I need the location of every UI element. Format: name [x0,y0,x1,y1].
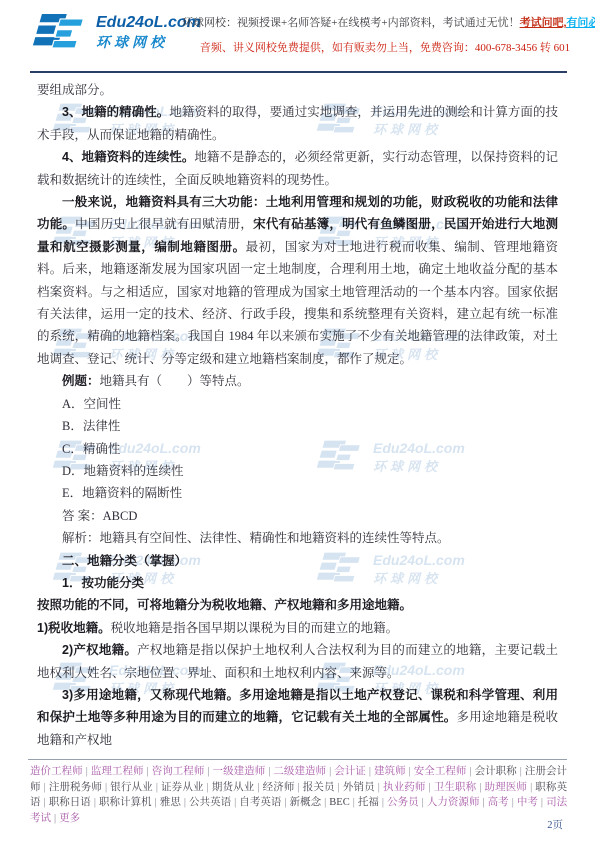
body-paragraph: 3、地籍的精确性。地籍资料的取得，要通过实地调查，并运用先进的测绘和计算方面的技… [37,101,558,146]
footer-link[interactable]: 职称计算机 [99,797,152,808]
header-promo: 环球网校：视频授课+名师答疑+在线模考+内部资料，考试通过无忧！考试问吧,有问必… [182,14,588,55]
footer-link[interactable]: 自考英语 [239,797,281,808]
footer-link[interactable]: 咨询工程师 [152,766,205,777]
body-paragraph: E．地籍资料的隔断性 [37,482,558,504]
footer-link-separator: | [422,797,424,808]
body-paragraph: 要组成部分。 [37,79,558,101]
body-paragraph: C．精确性 [37,438,558,460]
body-content: 要组成部分。3、地籍的精确性。地籍资料的取得，要通过实地调查，并运用先进的测绘和… [37,79,558,751]
exam-qa-link[interactable]: 考试问吧, [520,17,567,29]
header-promo-line1: 环球网校：视频授课+名师答疑+在线模考+内部资料，考试通过无忧！考试问吧,有问必… [182,14,588,30]
footer-link-separator: | [479,782,481,793]
footer-link-separator: | [541,797,543,808]
footer-link[interactable]: 期货从业 [212,782,255,793]
footer-link[interactable]: BEC [329,797,349,808]
footer-link-separator: | [429,782,431,793]
header-hotline-line: 音频、讲义网校免费提供，如有贩卖勿上当，免费咨询：400-678-3456 转 … [182,39,588,55]
footer-link-separator: | [147,766,149,777]
footer-link[interactable]: 新概念 [290,797,322,808]
footer-link-separator: | [338,782,340,793]
footer-link[interactable]: 卫生职称 [434,782,477,793]
footer-link-separator: | [378,782,380,793]
body-paragraph: 解析：地籍具有空间性、法律性、精确性和地籍资料的连续性等特点。 [37,527,558,549]
footer-link-separator: | [44,782,46,793]
footer-link[interactable]: 会计证 [334,766,366,777]
edu24ol-logo: Edu24oL.com 环球网校 [32,10,201,56]
body-paragraph: 4、地籍资料的连续性。地籍不是静态的，必须经常更新，实行动态管理，以保持资料的记… [37,146,558,191]
body-paragraph: 二、地籍分类（掌握） [37,550,558,572]
footer-link-separator: | [54,813,56,824]
footer-link[interactable]: 外销员 [343,782,375,793]
footer-link-separator: | [297,782,299,793]
header-divider [30,71,567,73]
footer-link-separator: | [268,766,270,777]
footer-link-separator: | [156,782,158,793]
body-paragraph: B．法律性 [37,415,558,437]
footer-link[interactable]: 银行从业 [110,782,153,793]
footer-link[interactable]: 经济师 [262,782,294,793]
footer-link[interactable]: 二级建造师 [273,766,326,777]
body-paragraph: 1．按功能分类 [37,572,558,594]
footer-link-separator: | [482,797,484,808]
footer-link-separator: | [155,797,157,808]
body-paragraph: 2)产权地籍。产权地籍是指以保护土地权利人合法权利为目的而建立的地籍，主要记载土… [37,639,558,684]
footer-link-separator: | [329,766,331,777]
footer-link[interactable]: 一级建造师 [213,766,266,777]
footer-links: 造价工程师|监理工程师|咨询工程师|一级建造师|二级建造师|会计证|建筑师|安全… [30,764,567,826]
footer-link[interactable]: 造价工程师 [30,766,83,777]
footer-link[interactable]: 助理医师 [484,782,527,793]
header-promo-prefix: 环球网校：视频授课+名师答疑+在线模考+内部资料，考试通过无忧！ [182,17,520,29]
footer-link-separator: | [184,797,186,808]
body-paragraph: A．空间性 [37,393,558,415]
footer-link[interactable]: 公务员 [387,797,419,808]
exam-qa-link-tail[interactable]: 有问必答 [566,17,595,29]
footer-link-separator: | [94,797,96,808]
footer-link[interactable]: 高考 [488,797,509,808]
body-paragraph: 答 案：ABCD [37,505,558,527]
footer-link-separator: | [409,766,411,777]
footer-link[interactable]: 证券从业 [161,782,204,793]
footer-link-separator: | [353,797,355,808]
footer-link[interactable]: 人力资源师 [427,797,480,808]
footer-link[interactable]: 雅思 [160,797,181,808]
footer-divider [28,759,567,760]
page-number: 2页 [547,817,563,832]
footer-link-separator: | [234,797,236,808]
footer-link-separator: | [44,797,46,808]
footer-link-separator: | [207,766,209,777]
footer-link[interactable]: 中考 [517,797,538,808]
footer-link-separator: | [257,782,259,793]
footer-link-separator: | [469,766,471,777]
document-page: Edu24oL.com 环球网校 Edu24oL.com 环球网校 [0,0,595,842]
footer-link[interactable]: 注册税务师 [49,782,102,793]
body-paragraph: 1)税收地籍。税收地籍是指各国早期以课税为目的而建立的地籍。 [37,617,558,639]
footer-link[interactable]: 执业药师 [383,782,426,793]
footer-link-separator: | [324,797,326,808]
footer-link[interactable]: 公共英语 [189,797,231,808]
body-paragraph: 一般来说，地籍资料具有三大功能：土地利用管理和规划的功能，财政税收的功能和法律功… [37,191,558,370]
footer-link-separator: | [207,782,209,793]
footer-link[interactable]: 监理工程师 [91,766,144,777]
body-paragraph: D．地籍资料的连续性 [37,460,558,482]
footer-link[interactable]: 报关员 [303,782,335,793]
footer-link-separator: | [382,797,384,808]
footer-link[interactable]: 会计职称 [475,766,517,777]
footer-link[interactable]: 托福 [358,797,379,808]
body-paragraph: 例题：地籍具有（ ）等特点。 [37,370,558,392]
footer-link-separator: | [512,797,514,808]
footer-link-separator: | [86,766,88,777]
footer-link-separator: | [369,766,371,777]
footer-link-separator: | [530,782,532,793]
page-header: Edu24oL.com 环球网校 环球网校：视频授课+名师答疑+在线模考+内部资… [30,8,567,70]
footer-link-separator: | [520,766,522,777]
body-paragraph: 按照功能的不同，可将地籍分为税收地籍、产权地籍和多用途地籍。 [37,594,558,616]
footer-link[interactable]: 更多 [59,813,80,824]
footer-link[interactable]: 职称日语 [49,797,91,808]
footer-link[interactable]: 建筑师 [374,766,406,777]
footer-link-separator: | [105,782,107,793]
footer-link[interactable]: 安全工程师 [414,766,467,777]
body-paragraph: 3)多用途地籍，又称现代地籍。多用途地籍是指以土地产权登记、课税和科学管理、利用… [37,684,558,751]
footer-link-separator: | [284,797,286,808]
edu24ol-logo-icon [32,10,90,56]
